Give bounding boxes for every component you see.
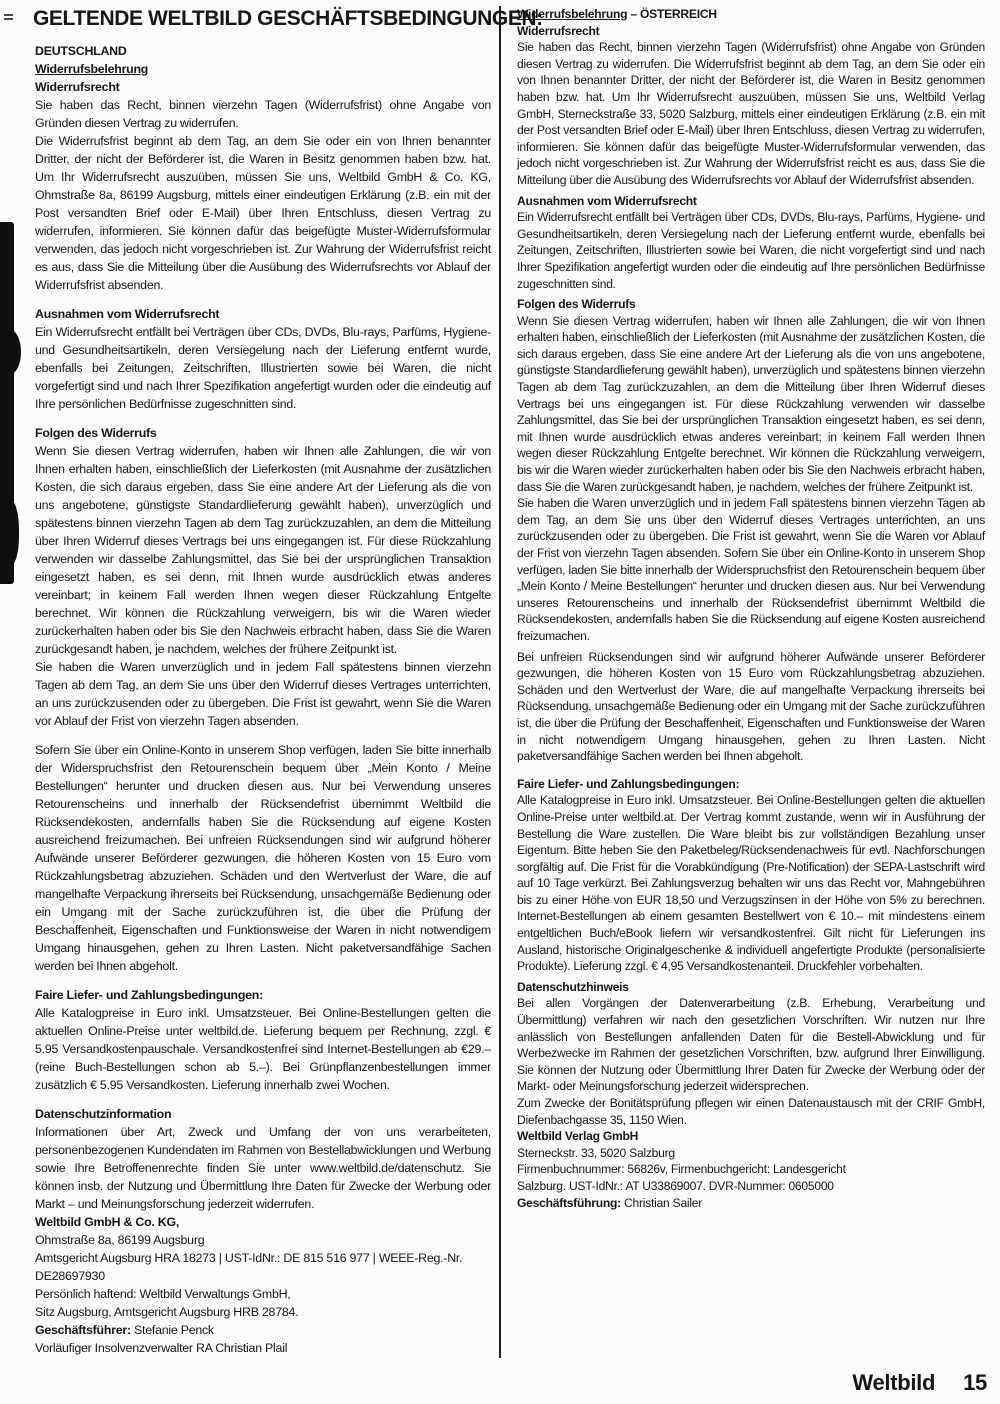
info-line: Sterneckstr. 33, 5020 Salzburg <box>517 1145 985 1162</box>
company-name: DEUTSCHLAND <box>35 42 491 60</box>
section-heading-underlined: Widerrufsbelehrung – ÖSTERREICH <box>517 6 985 23</box>
labeled-line: Geschäftsführung: Christian Sailer <box>517 1195 985 1212</box>
line-label: Geschäftsführer: <box>35 1323 131 1337</box>
info-line: Sitz Augsburg, Amtsgericht Augsburg HRB … <box>35 1303 491 1321</box>
scan-mark-icon <box>4 14 13 16</box>
section-heading: Widerrufsrecht <box>517 23 985 40</box>
underlined-text: Widerrufsbelehrung <box>35 62 148 76</box>
line-label: Geschäftsführung: <box>517 1196 621 1210</box>
paragraph: Sie haben das Recht, binnen vierzehn Tag… <box>35 96 491 132</box>
labeled-line: Geschäftsführer: Stefanie Penck <box>35 1321 491 1339</box>
paragraph: Bei allen Vorgängen der Datenverarbeitun… <box>517 995 985 1095</box>
paragraph: Informationen über Art, Zweck und Umfang… <box>35 1123 491 1213</box>
underlined-text: Widerrufsbelehrung <box>517 7 627 21</box>
info-line: Firmenbuchnummer: 56826v, Firmenbuchgeri… <box>517 1161 985 1178</box>
section-heading: Ausnahmen vom Widerrufsrecht <box>517 193 985 210</box>
section-heading: Folgen des Widerrufs <box>35 424 491 442</box>
paragraph: Sie haben das Recht, binnen vierzehn Tag… <box>517 39 985 188</box>
section-heading: Datenschutzinformation <box>35 1105 491 1123</box>
column-right: Widerrufsbelehrung – ÖSTERREICHWiderrufs… <box>517 6 985 1211</box>
paragraph: Sie haben die Waren unverzüglich und in … <box>35 658 491 730</box>
company-name: Weltbild GmbH & Co. KG, <box>35 1213 491 1231</box>
paragraph: Sofern Sie über ein Online-Konto in unse… <box>35 741 491 975</box>
page-footer: Weltbild15 <box>852 1370 987 1396</box>
info-line: Salzburg. UST-IdNr.: AT U33869007. DVR-N… <box>517 1178 985 1195</box>
section-heading: Ausnahmen vom Widerrufsrecht <box>35 305 491 323</box>
footer-brand: Weltbild <box>852 1370 935 1395</box>
footer-page-number: 15 <box>963 1370 987 1395</box>
section-heading: Faire Liefer- und Zahlungsbedingungen: <box>35 986 491 1004</box>
paragraph: Bei unfreien Rücksendungen sind wir aufg… <box>517 649 985 765</box>
paragraph: Wenn Sie diesen Vertrag widerrufen, habe… <box>35 442 491 658</box>
column-left: DEUTSCHLANDWiderrufsbelehrungWiderrufsre… <box>35 42 491 1357</box>
paragraph: Alle Katalogpreise in Euro inkl. Umsatzs… <box>517 792 985 975</box>
section-heading: Faire Liefer- und Zahlungsbedingungen: <box>517 776 985 793</box>
paragraph: Ein Widerrufsrecht entfällt bei Verträge… <box>35 323 491 413</box>
company-name: Weltbild Verlag GmbH <box>517 1128 985 1145</box>
scan-artifact-bump <box>0 330 21 374</box>
scan-artifact-bump <box>0 500 19 566</box>
paragraph: Sie haben die Waren unverzüglich und in … <box>517 495 985 644</box>
section-heading: Datenschutzhinweis <box>517 979 985 996</box>
info-line: Persönlich haftend: Weltbild Verwaltungs… <box>35 1285 491 1303</box>
section-heading: Widerrufsrecht <box>35 78 491 96</box>
column-divider <box>499 6 501 1358</box>
info-line: Vorläufiger Insolvenzverwalter RA Christ… <box>35 1339 491 1357</box>
paragraph: Wenn Sie diesen Vertrag widerrufen, habe… <box>517 313 985 496</box>
paragraph: Zum Zwecke der Bonitätsprüfung pflegen w… <box>517 1095 985 1128</box>
paragraph: Die Widerrufsfrist beginnt ab dem Tag, a… <box>35 132 491 294</box>
section-heading-underlined: Widerrufsbelehrung <box>35 60 491 78</box>
section-heading: Folgen des Widerrufs <box>517 296 985 313</box>
paragraph: Ein Widerrufsrecht entfällt bei Verträge… <box>517 209 985 292</box>
paragraph: Alle Katalogpreise in Euro inkl. Umsatzs… <box>35 1004 491 1094</box>
info-line: Ohmstraße 8a, 86199 Augsburg <box>35 1231 491 1249</box>
page-title: GELTENDE WELTBILD GESCHÄFTSBEDINGUNGEN: <box>33 7 543 31</box>
catalog-terms-page: GELTENDE WELTBILD GESCHÄFTSBEDINGUNGEN: … <box>0 0 1000 1404</box>
info-line: Amtsgericht Augsburg HRA 18273 | UST-IdN… <box>35 1249 491 1285</box>
